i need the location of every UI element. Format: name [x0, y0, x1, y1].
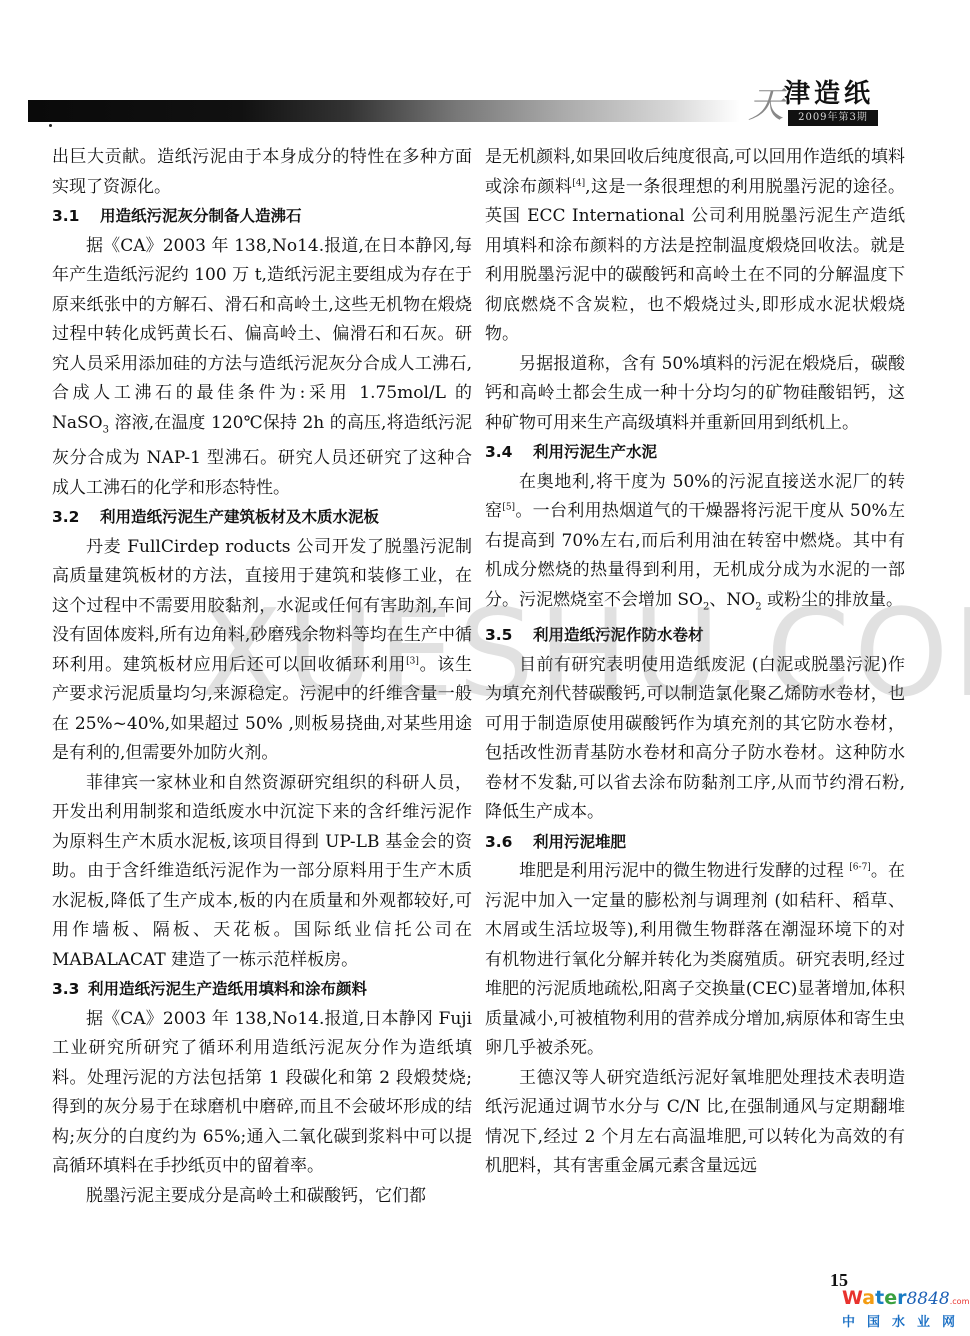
paragraph-calcination: 另据报道称，含有 50%填料的污泥在煅烧后，碳酸钙和高岭土都会生成一种十分均匀的…: [485, 350, 905, 439]
section-number: 3.1: [52, 202, 100, 232]
section-title: 用造纸污泥灰分制备人造沸石: [100, 207, 302, 225]
section-heading-3-5: 3.5利用造纸污泥作防水卷材: [485, 621, 905, 651]
paragraph-zeolite: 据《CA》2003 年 138,No14.报道,在日本静冈,每年产生造纸污泥约 …: [52, 232, 472, 504]
logo-letter: W: [842, 1287, 862, 1309]
text-run: 溶液,在温度 120℃保持 2h 的高压,将造纸污泥灰分合成为 NAP-1 型沸…: [52, 413, 472, 498]
paragraph-building-boards: 丹麦 FullCirdep roducts 公司开发了脱墨污泥制高质量建筑板材的…: [52, 533, 472, 769]
section-number: 3.2: [52, 503, 100, 533]
section-heading-3-3: 3.3利用造纸污泥生产造纸用填料和涂布颜料: [52, 975, 472, 1005]
logo-number: 8848: [906, 1289, 949, 1309]
section-title: 利用造纸污泥作防水卷材: [533, 626, 704, 644]
journal-title: 津造纸: [784, 80, 874, 108]
text-run: 堆肥是利用污泥中的微生物进行发酵的过程: [519, 861, 849, 881]
section-title: 利用造纸污泥生产造纸用填料和涂布颜料: [88, 980, 367, 998]
section-heading-3-4: 3.4利用污泥生产水泥: [485, 438, 905, 468]
text-run: 。在污泥中加入一定量的膨松剂与调理剂 (如秸秆、稻草、木屑或生活垃圾等),利用微…: [485, 861, 905, 1058]
section-title: 利用污泥堆肥: [533, 833, 626, 851]
paragraph-fillers: 据《CA》2003 年 138,No14.报道,日本静冈 Fuji 工业研究所研…: [52, 1005, 472, 1182]
text-run: 、NO: [709, 590, 755, 610]
section-number: 3.5: [485, 621, 533, 651]
paragraph-wang-dehan: 王德汉等人研究造纸污泥好氧堆肥处理技术表明造纸污泥通过调节水分与 C/N 比,在…: [485, 1064, 905, 1182]
paragraph-waterproof: 目前有研究表明使用造纸废泥 (白泥或脱墨污泥)作为填充剂代替碳酸钙,可以制造氯化…: [485, 651, 905, 828]
journal-logo: 天 津造纸 2009年第3期: [748, 80, 898, 128]
section-heading-3-2: 3.2利用造纸污泥生产建筑板材及木质水泥板: [52, 503, 472, 533]
section-number: 3.4: [485, 438, 533, 468]
logo-letter: e: [884, 1287, 897, 1309]
header-gradient-bar: [28, 100, 740, 122]
logo-letter: t: [875, 1287, 884, 1309]
logo-domain: .com: [950, 1297, 970, 1306]
citation-ref: [3]: [406, 656, 419, 666]
citation-ref: [6-7]: [849, 863, 871, 873]
section-number: 3.6: [485, 828, 533, 858]
paragraph-deinking: 脱墨污泥主要成分是高岭土和碳酸钙，它们都: [52, 1182, 472, 1212]
text-run: 丹麦 FullCirdep roducts 公司开发了脱墨污泥制高质量建筑板材的…: [52, 537, 472, 675]
left-column: 出巨大贡献。造纸污泥由于本身成分的特性在多种方面实现了资源化。 3.1用造纸污泥…: [52, 143, 472, 1211]
text-run: ,这是一条很理想的利用脱墨污泥的途径。英国 ECC International …: [485, 177, 905, 345]
section-number: 3.3: [52, 975, 88, 1005]
site-logo-chinese: 中国水业网: [842, 1314, 970, 1332]
logo-letter: a: [862, 1287, 875, 1309]
text-run: 据《CA》2003 年 138,No14.报道,在日本静冈,每年产生造纸污泥约 …: [52, 236, 472, 433]
site-logo-wordmark: Water8848.com: [842, 1288, 970, 1312]
journal-logo-swoosh-icon: 天: [748, 88, 784, 124]
section-heading-3-6: 3.6利用污泥堆肥: [485, 828, 905, 858]
header-dot: [49, 124, 52, 127]
section-heading-3-1: 3.1用造纸污泥灰分制备人造沸石: [52, 202, 472, 232]
section-title: 利用污泥生产水泥: [533, 443, 657, 461]
citation-ref: [5]: [502, 502, 515, 512]
water8848-logo[interactable]: Water8848.com 中国水业网: [842, 1288, 970, 1336]
paragraph-pigments: 是无机颜料,如果回收后纯度很高,可以回用作造纸的填料或涂布颜料[4],这是一条很…: [485, 143, 905, 350]
citation-ref: [4]: [572, 178, 585, 188]
paragraph-philippines: 菲律宾一家林业和自然资源研究组织的科研人员，开发出利用制浆和造纸废水中沉淀下来的…: [52, 769, 472, 976]
paragraph-intro-end: 出巨大贡献。造纸污泥由于本身成分的特性在多种方面实现了资源化。: [52, 143, 472, 202]
text-run: 或粉尘的排放量。: [762, 590, 903, 610]
right-column: 是无机颜料,如果回收后纯度很高,可以回用作造纸的填料或涂布颜料[4],这是一条很…: [485, 143, 905, 1182]
section-title: 利用造纸污泥生产建筑板材及木质水泥板: [100, 508, 379, 526]
paragraph-composting: 堆肥是利用污泥中的微生物进行发酵的过程 [6-7]。在污泥中加入一定量的膨松剂与…: [485, 857, 905, 1064]
paragraph-cement: 在奥地利,将干度为 50%的污泥直接送水泥厂的转窑[5]。一台利用热烟道气的干燥…: [485, 468, 905, 622]
issue-badge: 2009年第3期: [788, 110, 878, 126]
